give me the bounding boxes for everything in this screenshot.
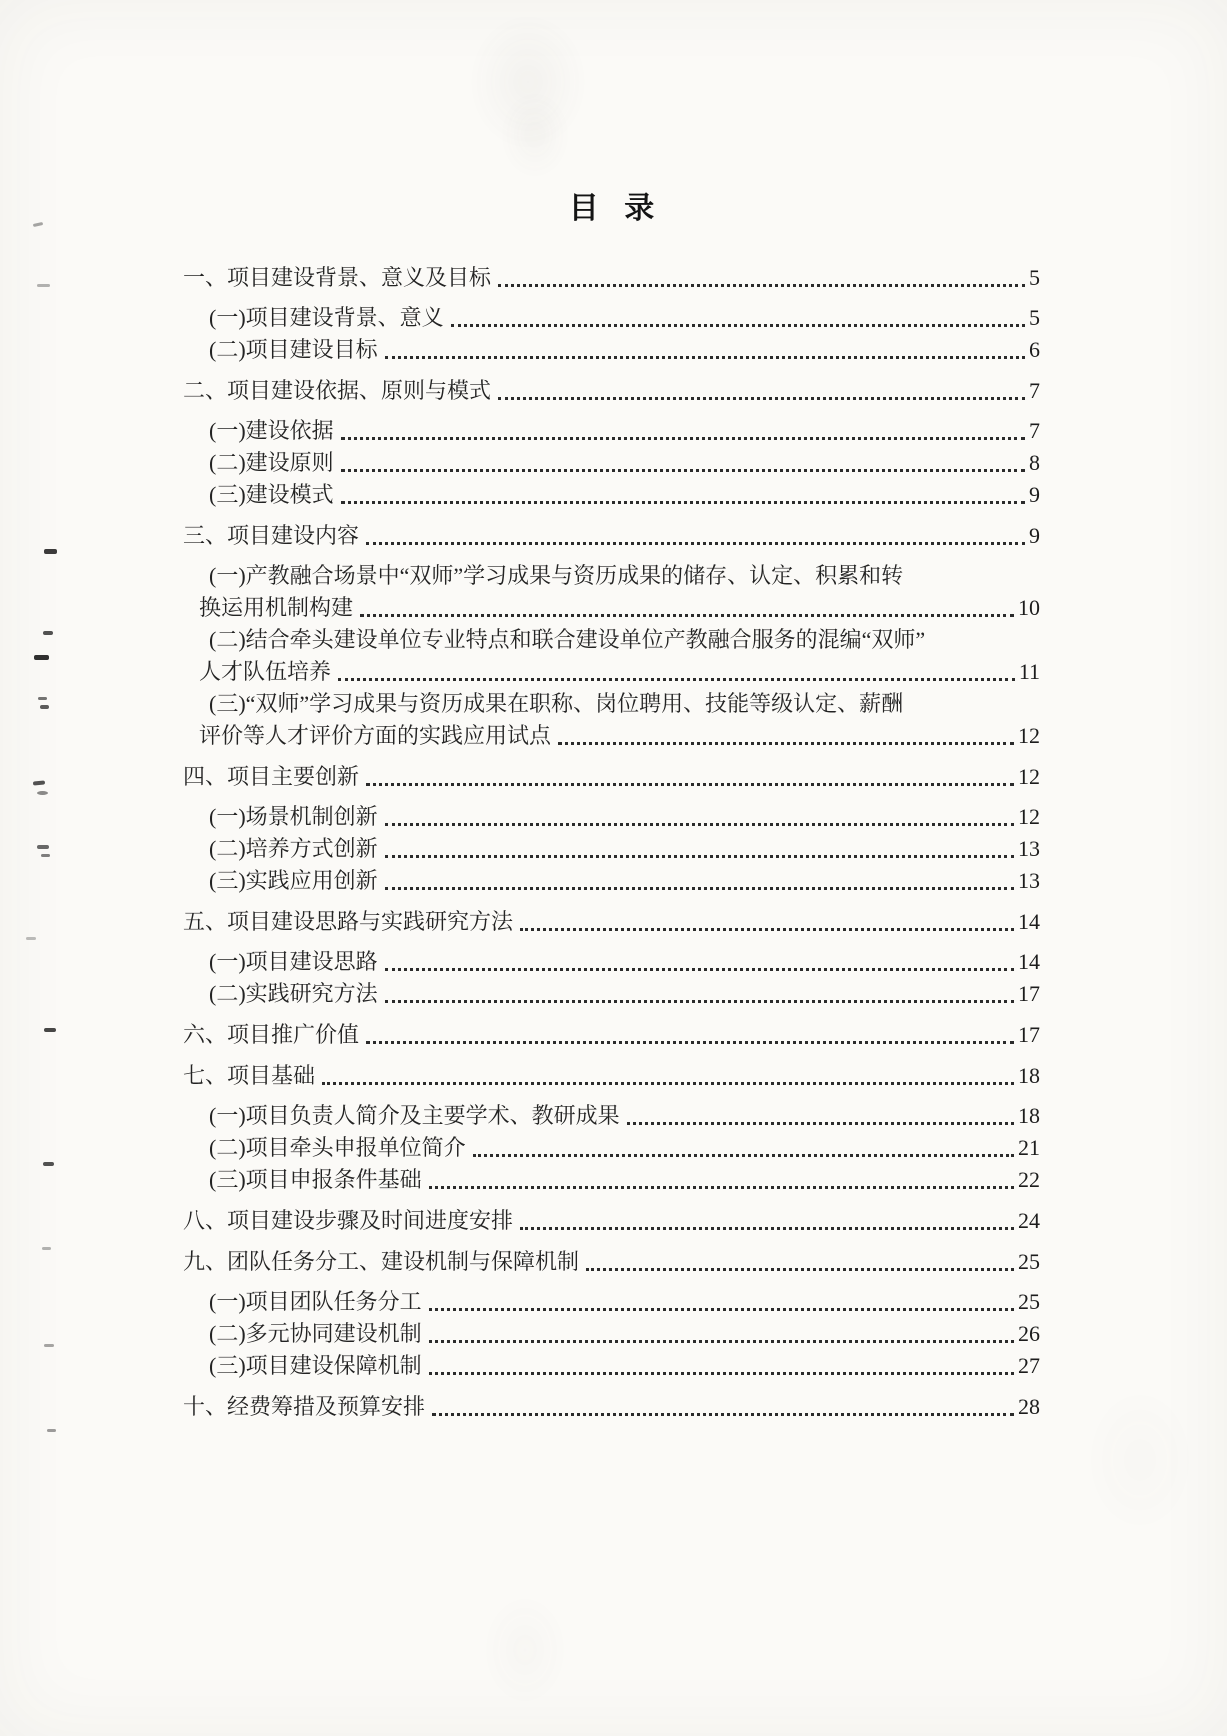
scan-speck	[38, 697, 47, 700]
dot-leader	[429, 1372, 1014, 1375]
toc-entry: (二)实践研究方法17	[183, 978, 1040, 1010]
scan-speck	[41, 854, 50, 857]
dot-leader	[360, 614, 1014, 617]
toc-entry: (一)项目负责人简介及主要学术、教研成果18	[183, 1100, 1040, 1132]
toc-entry: 五、项目建设思路与实践研究方法14	[183, 906, 1040, 938]
toc-entry: (一)项目团队任务分工25	[183, 1286, 1040, 1318]
dot-leader	[338, 678, 1015, 681]
toc-page-number: 10	[1017, 592, 1040, 624]
toc-entry: (二)培养方式创新13	[183, 833, 1040, 865]
toc-entry-text: (二)项目牵头申报单位简介	[209, 1132, 466, 1164]
toc-entry: (二)建设原则8	[183, 447, 1040, 479]
toc-entry: 一、项目建设背景、意义及目标5	[183, 262, 1040, 294]
toc-page-number: 7	[1028, 415, 1040, 447]
toc-page-number: 25	[1017, 1286, 1040, 1318]
dot-leader	[322, 1082, 1014, 1085]
dot-leader	[341, 437, 1025, 440]
toc-page-number: 8	[1028, 447, 1040, 479]
scan-speck	[47, 1429, 56, 1432]
scan-speck	[43, 631, 53, 635]
toc-entry: 九、团队任务分工、建设机制与保障机制25	[183, 1246, 1040, 1278]
toc-entry: 八、项目建设步骤及时间进度安排24	[183, 1205, 1040, 1237]
toc-entry: (三)建设模式9	[183, 479, 1040, 511]
toc-entry-text: 评价等人才评价方面的实践应用试点	[199, 720, 551, 752]
toc-entry: 三、项目建设内容9	[183, 520, 1040, 552]
toc-entry-text: (三)项目建设保障机制	[209, 1350, 422, 1382]
toc-entry: (三)项目建设保障机制27	[183, 1350, 1040, 1382]
toc-entry-text: 十、经费筹措及预算安排	[183, 1391, 425, 1423]
toc-page-number: 22	[1017, 1164, 1040, 1196]
scan-speck	[37, 791, 48, 795]
toc-page-number: 12	[1017, 801, 1040, 833]
toc-page-number: 18	[1017, 1100, 1040, 1132]
toc-page-number: 25	[1017, 1246, 1040, 1278]
toc-page-number: 17	[1017, 1019, 1040, 1051]
toc-entry-text: 三、项目建设内容	[183, 520, 359, 552]
dot-leader	[385, 968, 1014, 971]
toc-entry-text: (三)“双师”学习成果与资历成果在职称、岗位聘用、技能等级认定、薪酬	[209, 688, 1040, 720]
toc-page-number: 13	[1017, 865, 1040, 897]
toc-entry: (一)产教融合场景中“双师”学习成果与资历成果的储存、认定、积累和转换运用机制构…	[183, 560, 1040, 624]
toc-page-number: 24	[1017, 1205, 1040, 1237]
dot-leader	[429, 1340, 1014, 1343]
scan-speck	[44, 1344, 54, 1347]
toc-entry: 十、经费筹措及预算安排28	[183, 1391, 1040, 1423]
dot-leader	[520, 928, 1014, 931]
toc-entry-text: (三)建设模式	[209, 479, 334, 511]
scan-smudge	[1080, 1380, 1200, 1540]
scan-speck	[37, 284, 50, 287]
toc-page-number: 5	[1028, 302, 1040, 334]
dot-leader	[520, 1227, 1014, 1230]
toc-entry-text: (二)结合牵头建设单位专业特点和联合建设单位产教融合服务的混编“双师”	[209, 624, 1040, 656]
toc-entry: 四、项目主要创新12	[183, 761, 1040, 793]
dot-leader	[432, 1413, 1014, 1416]
toc-entry: (三)实践应用创新13	[183, 865, 1040, 897]
toc-entry-text: 人才队伍培养	[199, 656, 331, 688]
toc-entry: (三)“双师”学习成果与资历成果在职称、岗位聘用、技能等级认定、薪酬评价等人才评…	[183, 688, 1040, 752]
toc-entry-text: 七、项目基础	[183, 1060, 315, 1092]
toc-entry-text: (二)项目建设目标	[209, 334, 378, 366]
scan-speck	[34, 655, 49, 660]
dot-leader	[385, 855, 1014, 858]
scan-speck	[37, 845, 49, 849]
toc-page-number: 26	[1017, 1318, 1040, 1350]
toc-entry-text: (二)多元协同建设机制	[209, 1318, 422, 1350]
toc-entry: (二)项目建设目标6	[183, 334, 1040, 366]
dot-leader	[366, 542, 1025, 545]
dot-leader	[385, 887, 1014, 890]
toc-entry: (二)结合牵头建设单位专业特点和联合建设单位产教融合服务的混编“双师”人才队伍培…	[183, 624, 1040, 688]
toc-page-number: 28	[1017, 1391, 1040, 1423]
toc-page-number: 18	[1017, 1060, 1040, 1092]
dot-leader	[473, 1154, 1014, 1157]
dot-leader	[341, 501, 1025, 504]
scan-speck	[44, 549, 57, 554]
scan-smudge	[480, 1590, 570, 1710]
toc-entry: (二)多元协同建设机制26	[183, 1318, 1040, 1350]
scan-speck	[43, 1162, 54, 1166]
toc-entry: (一)项目建设背景、意义5	[183, 302, 1040, 334]
toc-entry: 六、项目推广价值17	[183, 1019, 1040, 1051]
scan-speck	[33, 222, 43, 227]
toc-entry-text: 换运用机制构建	[199, 592, 353, 624]
toc-entry-text: (一)产教融合场景中“双师”学习成果与资历成果的储存、认定、积累和转	[209, 560, 1040, 592]
toc-entry: (一)场景机制创新12	[183, 801, 1040, 833]
toc-page-number: 6	[1028, 334, 1040, 366]
dot-leader	[451, 324, 1025, 327]
toc-page-number: 11	[1018, 656, 1040, 688]
toc-entry: (二)项目牵头申报单位简介21	[183, 1132, 1040, 1164]
toc-entry: (一)项目建设思路14	[183, 946, 1040, 978]
toc-entry-text: (一)场景机制创新	[209, 801, 378, 833]
toc-entry-text: 一、项目建设背景、意义及目标	[183, 262, 491, 294]
toc-list: 一、项目建设背景、意义及目标5(一)项目建设背景、意义5(二)项目建设目标6二、…	[183, 262, 1040, 1423]
scan-speck	[44, 1028, 56, 1032]
toc-page-number: 13	[1017, 833, 1040, 865]
toc-entry-text: (一)项目负责人简介及主要学术、教研成果	[209, 1100, 620, 1132]
dot-leader	[627, 1122, 1014, 1125]
dot-leader	[385, 823, 1014, 826]
toc-entry: (三)项目申报条件基础22	[183, 1164, 1040, 1196]
dot-leader	[429, 1186, 1014, 1189]
toc-entry-text: (三)实践应用创新	[209, 865, 378, 897]
toc-entry-text: (一)项目建设背景、意义	[209, 302, 444, 334]
toc-entry-text: (一)建设依据	[209, 415, 334, 447]
dot-leader	[366, 783, 1014, 786]
toc-entry-text: (一)项目团队任务分工	[209, 1286, 422, 1318]
dot-leader	[558, 742, 1014, 745]
dot-leader	[385, 356, 1025, 359]
dot-leader	[429, 1308, 1014, 1311]
dot-leader	[366, 1041, 1014, 1044]
dot-leader	[385, 1000, 1014, 1003]
toc-page-number: 27	[1017, 1350, 1040, 1382]
toc-page-number: 12	[1017, 761, 1040, 793]
toc-entry-text: (三)项目申报条件基础	[209, 1164, 422, 1196]
toc-page-number: 14	[1017, 946, 1040, 978]
page-title: 目 录	[183, 192, 1040, 226]
toc-entry-text: (二)建设原则	[209, 447, 334, 479]
dot-leader	[498, 284, 1025, 287]
scan-speck	[26, 937, 36, 940]
toc-page-number: 14	[1017, 906, 1040, 938]
dot-leader	[498, 397, 1025, 400]
document-page: 目 录 一、项目建设背景、意义及目标5(一)项目建设背景、意义5(二)项目建设目…	[0, 0, 1227, 1736]
scan-speck	[42, 1247, 51, 1250]
toc-entry-text: 四、项目主要创新	[183, 761, 359, 793]
toc-entry-text: (二)实践研究方法	[209, 978, 378, 1010]
toc-content: 目 录 一、项目建设背景、意义及目标5(一)项目建设背景、意义5(二)项目建设目…	[183, 0, 1040, 1431]
toc-page-number: 17	[1017, 978, 1040, 1010]
toc-page-number: 5	[1028, 262, 1040, 294]
scan-speck	[33, 780, 45, 785]
toc-entry-text: 五、项目建设思路与实践研究方法	[183, 906, 513, 938]
toc-page-number: 9	[1028, 520, 1040, 552]
toc-entry: (一)建设依据7	[183, 415, 1040, 447]
toc-entry-text: (二)培养方式创新	[209, 833, 378, 865]
dot-leader	[341, 469, 1025, 472]
toc-page-number: 21	[1017, 1132, 1040, 1164]
toc-page-number: 9	[1028, 479, 1040, 511]
toc-page-number: 12	[1017, 720, 1040, 752]
toc-entry-text: 二、项目建设依据、原则与模式	[183, 375, 491, 407]
toc-entry-text: 六、项目推广价值	[183, 1019, 359, 1051]
toc-entry-text: 九、团队任务分工、建设机制与保障机制	[183, 1246, 579, 1278]
toc-entry: 二、项目建设依据、原则与模式7	[183, 375, 1040, 407]
toc-entry-text: 八、项目建设步骤及时间进度安排	[183, 1205, 513, 1237]
dot-leader	[586, 1268, 1014, 1271]
toc-page-number: 7	[1028, 375, 1040, 407]
scan-speck	[40, 705, 49, 709]
toc-entry: 七、项目基础18	[183, 1060, 1040, 1092]
toc-entry-text: (一)项目建设思路	[209, 946, 378, 978]
